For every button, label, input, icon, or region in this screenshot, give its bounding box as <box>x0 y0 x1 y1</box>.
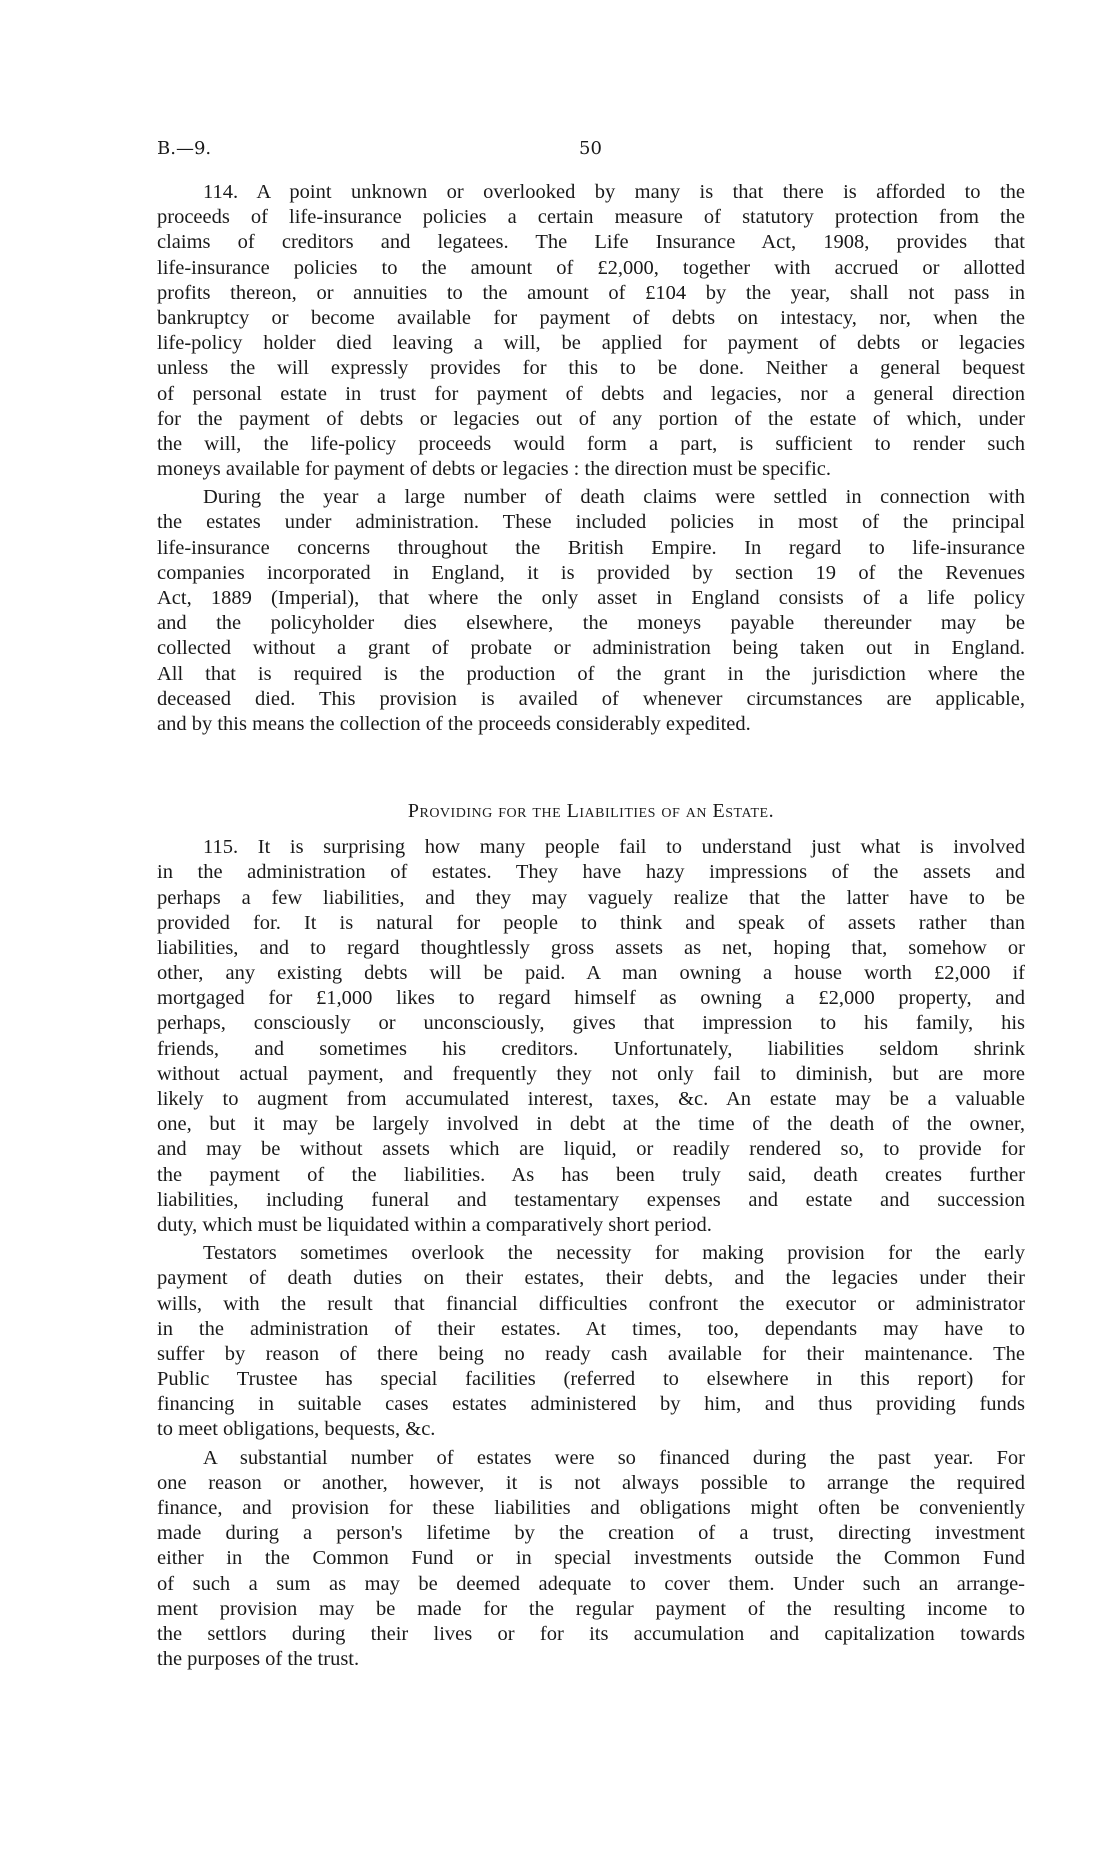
text-line: Testators sometimes overlook the necessi… <box>157 1241 1025 1266</box>
running-head: B.—9. 50 <box>157 138 1025 162</box>
text-line: proceeds of life-insurance policies a ce… <box>157 205 1025 230</box>
text-line: provided for. It is natural for people t… <box>157 911 1025 936</box>
text-line: the will, the life-policy proceeds would… <box>157 432 1025 457</box>
text-line: without actual payment, and frequently t… <box>157 1062 1025 1087</box>
text-line: the payment of the liabilities. As has b… <box>157 1163 1025 1188</box>
text-line: companies incorporated in England, it is… <box>157 561 1025 586</box>
paragraph: During the year a large number of death … <box>157 485 1025 737</box>
text-line: bankruptcy or become available for payme… <box>157 306 1025 331</box>
text-line: to meet obligations, bequests, &c. <box>157 1417 1025 1442</box>
paragraph: 114. A point unknown or overlooked by ma… <box>157 180 1025 482</box>
section-114: 114. A point unknown or overlooked by ma… <box>157 180 1025 737</box>
text-line: collected without a grant of probate or … <box>157 636 1025 661</box>
section-115: 115. It is surprising how many people fa… <box>157 835 1025 1672</box>
document-body: 114. A point unknown or overlooked by ma… <box>157 180 1025 1675</box>
text-line: Act, 1889 (Imperial), that where the onl… <box>157 586 1025 611</box>
text-line: either in the Common Fund or in special … <box>157 1546 1025 1571</box>
text-line: claims of creditors and legatees. The Li… <box>157 230 1025 255</box>
text-line: wills, with the result that financial di… <box>157 1292 1025 1317</box>
text-line: life-insurance policies to the amount of… <box>157 256 1025 281</box>
text-line: mortgaged for £1,000 likes to regard him… <box>157 986 1025 1011</box>
text-line: made during a person's lifetime by the c… <box>157 1521 1025 1546</box>
text-line: 115. It is surprising how many people fa… <box>157 835 1025 860</box>
text-line: and the policyholder dies elsewhere, the… <box>157 611 1025 636</box>
text-line: 114. A point unknown or overlooked by ma… <box>157 180 1025 205</box>
text-line: life-policy holder died leaving a will, … <box>157 331 1025 356</box>
text-line: perhaps, consciously or unconsciously, g… <box>157 1011 1025 1036</box>
text-line: finance, and provision for these liabili… <box>157 1496 1025 1521</box>
section-heading: Providing for the Liabilities of an Esta… <box>157 799 1025 825</box>
text-line: financing in suitable cases estates admi… <box>157 1392 1025 1417</box>
text-line: in the administration of their estates. … <box>157 1317 1025 1342</box>
text-line: profits thereon, or annuities to the amo… <box>157 281 1025 306</box>
text-line: the purposes of the trust. <box>157 1647 1025 1672</box>
text-line: payment of death duties on their estates… <box>157 1266 1025 1291</box>
paragraph: Testators sometimes overlook the necessi… <box>157 1241 1025 1443</box>
text-line: During the year a large number of death … <box>157 485 1025 510</box>
text-line: for the payment of debts or legacies out… <box>157 407 1025 432</box>
text-line: one, but it may be largely involved in d… <box>157 1112 1025 1137</box>
text-line: ment provision may be made for the regul… <box>157 1597 1025 1622</box>
text-line: of personal estate in trust for payment … <box>157 382 1025 407</box>
text-line: of such a sum as may be deemed adequate … <box>157 1572 1025 1597</box>
text-line: moneys available for payment of debts or… <box>157 457 1025 482</box>
text-line: and may be without assets which are liqu… <box>157 1137 1025 1162</box>
paragraph: 115. It is surprising how many people fa… <box>157 835 1025 1238</box>
text-line: suffer by reason of there being no ready… <box>157 1342 1025 1367</box>
paragraph: A substantial number of estates were so … <box>157 1446 1025 1673</box>
text-line: friends, and sometimes his creditors. Un… <box>157 1037 1025 1062</box>
text-line: and by this means the collection of the … <box>157 712 1025 737</box>
text-line: one reason or another, however, it is no… <box>157 1471 1025 1496</box>
text-line: duty, which must be liquidated within a … <box>157 1213 1025 1238</box>
text-line: perhaps a few liabilities, and they may … <box>157 886 1025 911</box>
text-line: life-insurance concerns throughout the B… <box>157 536 1025 561</box>
text-line: likely to augment from accumulated inter… <box>157 1087 1025 1112</box>
text-line: the estates under administration. These … <box>157 510 1025 535</box>
page-number: 50 <box>579 138 602 159</box>
text-line: liabilities, and to regard thoughtlessly… <box>157 936 1025 961</box>
text-line: deceased died. This provision is availed… <box>157 687 1025 712</box>
document-reference: B.—9. <box>157 138 211 159</box>
text-line: in the administration of estates. They h… <box>157 860 1025 885</box>
text-line: other, any existing debts will be paid. … <box>157 961 1025 986</box>
text-line: unless the will expressly provides for t… <box>157 356 1025 381</box>
text-line: Public Trustee has special facilities (r… <box>157 1367 1025 1392</box>
text-line: the settlors during their lives or for i… <box>157 1622 1025 1647</box>
text-line: All that is required is the production o… <box>157 662 1025 687</box>
text-line: A substantial number of estates were so … <box>157 1446 1025 1471</box>
text-line: liabilities, including funeral and testa… <box>157 1188 1025 1213</box>
